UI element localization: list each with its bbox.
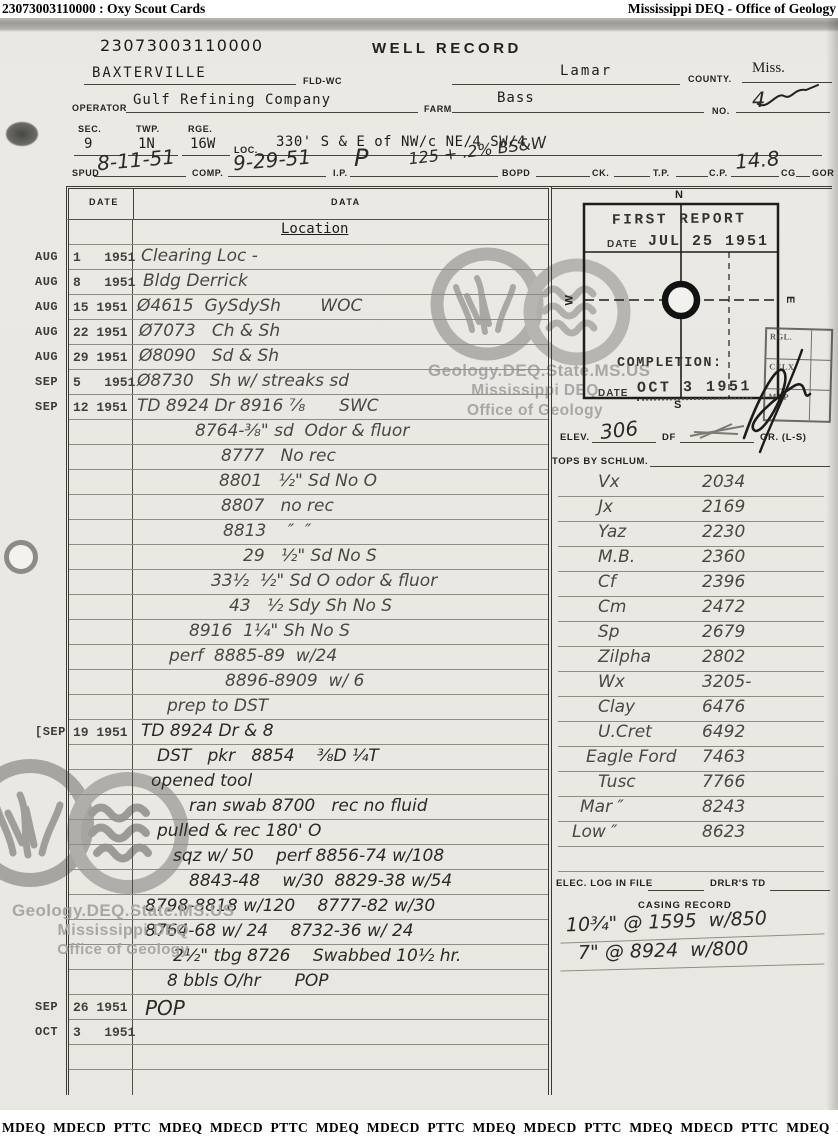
formation-name: Mar ″ [558,797,700,821]
viewer-header: 23073003110000 : Oxy Scout Cards Mississ… [0,0,838,18]
formation-depth: 8623 [700,822,745,846]
first-report-date: JUL 25 1951 [648,233,769,250]
row-date [69,745,133,769]
formation-name: Wx [558,672,700,696]
formation-depth: 8243 [700,797,745,821]
no-label: NO. [712,106,730,116]
formation-name: Tusc [558,772,700,796]
operator-value: Gulf Refining Company [133,92,331,108]
table-row: 8807 no rec [69,495,548,520]
table-row: prep to DST [69,695,548,720]
row-month: AUG [35,350,69,364]
plat-south-label: S [674,399,682,411]
formation-depth: 7766 [700,772,745,796]
row-date: 12 1951 [69,395,133,419]
table-row [69,1045,548,1070]
row-month: AUG [35,300,69,314]
row-date [69,695,133,719]
signature-scribble [730,340,838,458]
casing-record-list: 10¾" @ 1595 w/850 7" @ 8924 w/800 [560,910,824,997]
completion-stamp: COMPLETION: [617,356,723,371]
tops-row: Tusc7766 [558,772,824,797]
field-value: BAXTERVILLE [92,65,207,81]
row-date [69,970,133,994]
sec-label: SEC. [78,124,101,134]
row-date [69,470,133,494]
field-underline [84,83,296,85]
formation-name: Clay [558,697,700,721]
cp-value: 14.8 [734,146,780,174]
row-month: [SEP [35,725,69,739]
tops-row-empty [558,847,824,872]
formation-name: Jx [558,497,700,521]
row-month: SEP [35,1000,69,1014]
table-row: 43 ½ Sdy Sh No S [69,595,548,620]
formation-depth: 2802 [700,647,745,671]
formation-depth: 2034 [700,472,745,496]
row-data: pulled & rec 180' O [133,820,548,844]
formation-name: Low ″ [558,822,700,846]
tops-row: Mar ″8243 [558,797,824,822]
row-data: 43 ½ Sdy Sh No S [133,595,548,619]
elev-value: 306 [599,416,639,444]
date-column-header: DATE [89,197,119,207]
document-id-title: 23073003110000 : Oxy Scout Cards [2,1,205,17]
cg-label: CG [781,168,796,178]
row-date [69,445,133,469]
table-row: pulled & rec 180' O [69,820,548,845]
table-header: DATE DATA [66,186,552,220]
table-row: 33½ ½" Sd O odor & fluor [69,570,548,595]
field-label: FLD-WC [303,76,342,86]
sec-value: 9 [84,136,92,152]
page-title: WELL RECORD [372,40,522,57]
row-data [133,1070,548,1095]
scanned-well-record-page: 23073003110000 : Oxy Scout Cards Mississ… [0,0,838,1139]
footer-ticker: MDEQ MDECD PTTC MDEQ MDECD PTTC MDEQ MDE… [2,1120,838,1136]
rge-label: RGE. [188,124,212,134]
table-row: 8777 No rec [69,445,548,470]
row-date [69,420,133,444]
tops-row: Clay6476 [558,697,824,722]
row-date [69,545,133,569]
table-row: 8916 1¼" Sh No S [69,620,548,645]
tops-row: M.B.2360 [558,547,824,572]
table-row: 8 bbls O/hr POP [69,970,548,995]
table-row: SEP26 1951POP [69,995,548,1020]
formation-name: Zilpha [558,647,700,671]
tops-row: Cf2396 [558,572,824,597]
formation-depth: 2679 [700,622,745,646]
row-date: 19 1951 [69,720,133,744]
row-date: 8 1951 [69,270,133,294]
row-date [69,870,133,894]
row-date [69,820,133,844]
casing-row: 7" @ 8924 w/800 [560,936,825,972]
row-data: opened tool [133,770,548,794]
row-data: Ø8090 Sd & Sh [133,345,548,369]
row-date [69,795,133,819]
data-column-header: DATA [331,197,361,207]
tops-row: Jx2169 [558,497,824,522]
table-row: AUG8 1951Bldg Derrick [69,270,548,295]
farm-underline [452,111,704,113]
row-data: prep to DST [133,695,548,719]
row-data: 8777 No rec [133,445,548,469]
table-row: Location [69,220,548,245]
tops-label: TOPS BY SCHLUM. [552,456,648,467]
row-date [69,570,133,594]
row-date: 26 1951 [69,995,133,1019]
row-date [69,220,133,244]
county-underline [452,83,680,85]
formation-name: Sp [558,622,700,646]
table-row: perf 8885-89 w/24 [69,645,548,670]
row-data: Ø8730 Sh w/ streaks sd [133,370,548,394]
header-double-rule-right [552,186,832,189]
tops-row: Eagle Ford7463 [558,747,824,772]
row-data: Ø4615 GySdySh WOC [133,295,548,319]
comp-label: COMP. [192,168,223,178]
ip-label: I.P. [333,168,348,178]
row-date [69,520,133,544]
table-row: DST pkr 8854 ⅜D ¼T [69,745,548,770]
tops-row: Sp2679 [558,622,824,647]
row-data: TD 8924 Dr 8916 ⅞ SWC [133,395,548,419]
tops-row: Wx3205- [558,672,824,697]
first-report-stamp: FIRST REPORT [612,211,747,229]
elev-label: ELEV. [560,432,590,443]
well-number: 23073003110000 [100,36,264,55]
row-data: Ø7073 Ch & Sh [133,320,548,344]
row-data: 8807 no rec [133,495,548,519]
table-row: 8801 ½" Sd No O [69,470,548,495]
casing-row-empty [560,968,824,997]
row-date [69,595,133,619]
row-date [69,495,133,519]
watermark-line1: Geology.DEQ.State.MS.US [12,900,234,921]
plat-north-label: N [675,189,684,201]
plat-west-label: W [563,295,575,306]
table-row [69,1070,548,1095]
rge-underline [182,154,230,156]
row-data: TD 8924 Dr & 8 [133,720,548,744]
ck-underline-a [536,175,590,177]
row-date: 29 1951 [69,345,133,369]
row-date [69,645,133,669]
agency-title: Mississippi DEQ - Office of Geology [628,1,836,17]
formation-depth: 7463 [700,747,745,771]
operator-label: OPERATOR [72,103,127,113]
spud-underline [94,175,186,177]
ip-underline [350,175,498,177]
formation-name: Vx [558,472,700,496]
row-date [69,670,133,694]
table-row: OCT3 1951 [69,1020,548,1045]
row-data: perf 8885-89 w/24 [133,645,548,669]
row-data: Location [133,220,548,244]
row-data: sqz w/ 50 perf 8856-74 w/108 [133,845,548,869]
bopd-label: BOPD [502,168,530,178]
row-data: 8843-48 w/30 8829-38 w/54 [133,870,548,894]
tops-list: Vx2034 Jx2169 Yaz2230 M.B.2360 Cf2396 Cm… [558,472,824,872]
formation-name: Cf [558,572,700,596]
tops-row: Yaz2230 [558,522,824,547]
row-data: 8 bbls O/hr POP [133,970,548,994]
row-data: 8801 ½" Sd No O [133,470,548,494]
state-value: Miss. [752,60,785,77]
row-month: AUG [35,325,69,339]
elec-log-label: ELEC. LOG IN FILE [556,878,653,889]
row-date: 22 1951 [69,320,133,344]
row-data [133,1045,548,1069]
watermark-line3: Office of Geology [12,941,234,960]
row-month: SEP [35,400,69,414]
plat-east-label: E [784,296,796,304]
row-data: 29 ½" Sd No S [133,545,548,569]
table-row: 29 ½" Sd No S [69,545,548,570]
table-row: 8843-48 w/30 8829-38 w/54 [69,870,548,895]
row-data: DST pkr 8854 ⅜D ¼T [133,745,548,769]
tp-label: T.P. [653,168,670,178]
row-date [69,1045,133,1069]
row-date [69,770,133,794]
formation-depth: 6492 [700,722,745,746]
farm-value: Bass [497,90,535,106]
formation-depth: 2169 [700,497,745,521]
ck-label: CK. [592,168,609,178]
elev-underline [592,441,656,443]
row-data: 33½ ½" Sd O odor & fluor [133,570,548,594]
hole-punch-middle [4,540,38,574]
table-row: AUG15 1951Ø4615 GySdySh WOC [69,295,548,320]
row-date [69,620,133,644]
watermark-text-bottomleft: Geology.DEQ.State.MS.US Mississippi DEQ … [12,900,234,960]
table-row: SEP5 1951Ø8730 Sh w/ streaks sd [69,370,548,395]
table-row: opened tool [69,770,548,795]
tops-row: Low ″8623 [558,822,824,847]
row-data [133,1020,548,1044]
row-date [69,1070,133,1095]
watermark-line2: Mississippi DEQ [12,921,234,941]
row-data: 8764-⅜" sd Odor & fluor [133,420,548,444]
row-date: 3 1951 [69,1020,133,1044]
row-month: OCT [35,1025,69,1039]
scan-edge-shadow [826,18,838,1110]
well-record-table: Location AUG1 1951Clearing Loc - AUG8 19… [66,220,552,1095]
completion-date-label: DATE [598,388,628,399]
table-row: SEP12 1951TD 8924 Dr 8916 ⅞ SWC [69,395,548,420]
row-month: AUG [35,275,69,289]
row-date: 5 1951 [69,370,133,394]
elec-log-underline [648,889,704,891]
cp-underline [731,175,779,177]
table-row: ran swab 8700 rec no fluid [69,795,548,820]
hole-punch-top [6,122,38,146]
row-data: Bldg Derrick [133,270,548,294]
table-row: 8764-⅜" sd Odor & fluor [69,420,548,445]
tops-label-underline [650,465,830,467]
formation-depth: 3205- [700,672,751,696]
twp-label: TWP. [136,124,160,134]
row-data: ran swab 8700 rec no fluid [133,795,548,819]
table-row: sqz w/ 50 perf 8856-74 w/108 [69,845,548,870]
comp-underline [228,175,326,177]
tops-row: U.Cret6492 [558,722,824,747]
formation-name: M.B. [558,547,700,571]
first-report-date-label: DATE [607,239,637,250]
ip-value: P [354,144,368,172]
county-label: COUNTY. [688,74,732,84]
row-date [69,845,133,869]
formation-name: Yaz [558,522,700,546]
formation-name: Eagle Ford [558,747,700,771]
tops-row: Cm2472 [558,597,824,622]
row-month: SEP [35,375,69,389]
farm-label: FARM [424,104,452,114]
tops-row: Vx2034 [558,472,824,497]
cp-label: C.P. [709,168,728,178]
formation-depth: 6476 [700,697,745,721]
row-date: 1 1951 [69,245,133,269]
table-row: [SEP19 1951TD 8924 Dr & 8 [69,720,548,745]
drlrs-td-label: DRLR'S TD [710,878,766,889]
no-underline [736,111,830,113]
formation-depth: 2396 [700,572,745,596]
formation-depth: 2472 [700,597,745,621]
formation-name: U.Cret [558,722,700,746]
county-value: Lamar [560,63,612,79]
tops-row: Zilpha2802 [558,647,824,672]
row-data: POP [133,995,548,1019]
header-column-divider [133,189,134,219]
ck-underline-b [614,175,650,177]
table-row: AUG1 1951Clearing Loc - [69,245,548,270]
tp-underline [676,175,708,177]
table-row: 8813 ″ ″ [69,520,548,545]
formation-depth: 2360 [700,547,745,571]
table-row: 8896-8909 w/ 6 [69,670,548,695]
no-value: 4 [752,88,765,112]
formation-depth: 2230 [700,522,745,546]
row-month: AUG [35,250,69,264]
cg-underline [796,175,810,177]
operator-underline [126,111,418,113]
row-data: 8813 ″ ″ [133,520,548,544]
row-data: Clearing Loc - [133,245,548,269]
table-row: AUG22 1951Ø7073 Ch & Sh [69,320,548,345]
formation-name: Cm [558,597,700,621]
df-label: DF [662,432,676,443]
row-date: 15 1951 [69,295,133,319]
row-data: 8896-8909 w/ 6 [133,670,548,694]
row-data: 8916 1¼" Sh No S [133,620,548,644]
viewer-footer: MDEQ MDECD PTTC MDEQ MDECD PTTC MDEQ MDE… [0,1110,838,1139]
table-row: AUG29 1951Ø8090 Sd & Sh [69,345,548,370]
drlrs-td-underline [770,889,830,891]
rge-value: 16W [190,136,215,152]
